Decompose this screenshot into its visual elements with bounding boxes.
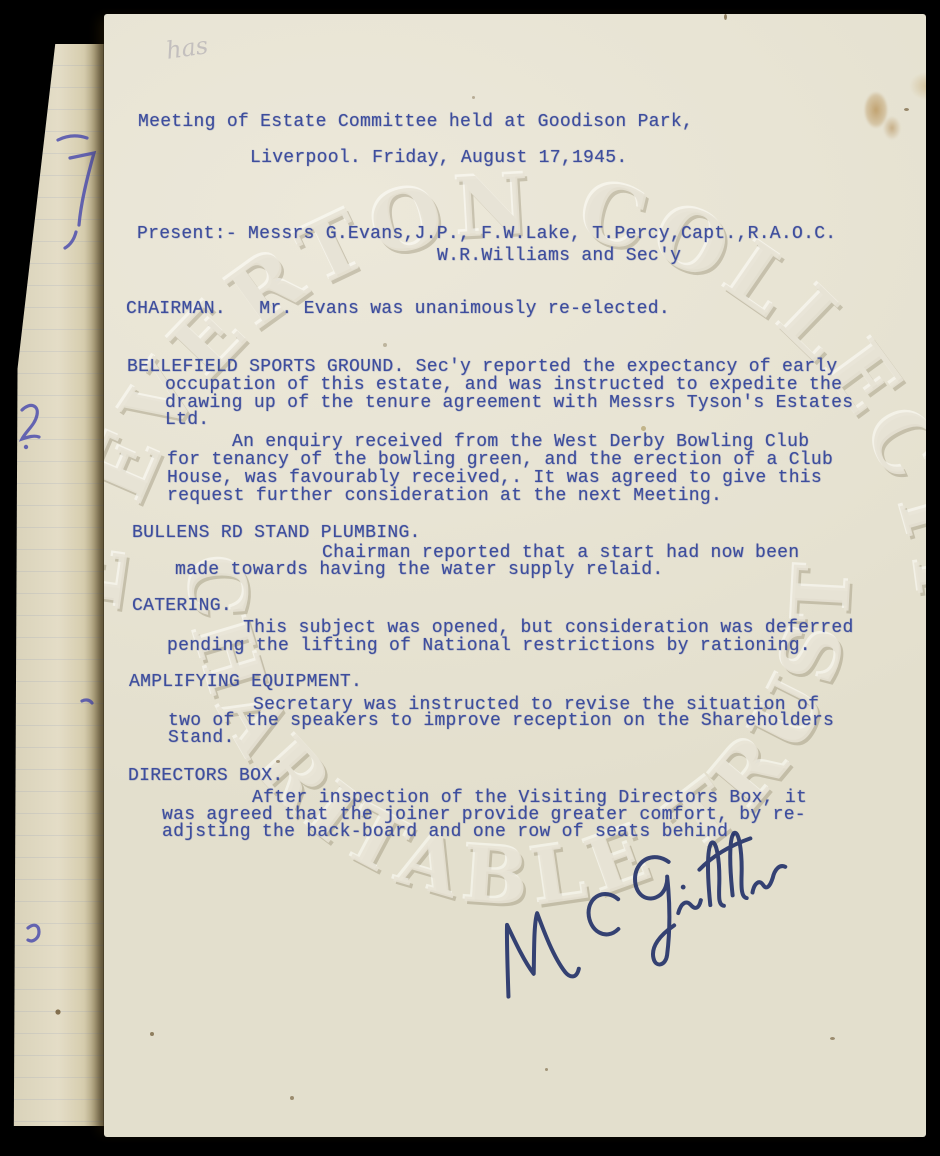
minutes-line: This subject was opened, but considerati… [243, 619, 854, 637]
ink-mark [82, 700, 92, 703]
scanned-minutes-photo: THE EVERTON COLLECTION THE EVERTON COLLE… [0, 0, 940, 1156]
section-heading: AMPLIFYING EQUIPMENT. [129, 673, 362, 691]
dirt-speck [290, 1096, 294, 1100]
dirt-speck [383, 343, 387, 347]
ink-mark [22, 405, 39, 439]
paper-stain [766, 44, 926, 164]
underlying-page-edge [12, 44, 104, 1126]
pencil-margin-note: has [164, 31, 210, 65]
ink-mark [58, 136, 87, 140]
dirt-speck [904, 108, 909, 111]
section-heading: DIRECTORS BOX. [128, 767, 283, 785]
minutes-line: An enquiry received from the West Derby … [232, 433, 809, 451]
minutes-line: for tenancy of the bowling green, and th… [167, 451, 833, 469]
dirt-speck [545, 1068, 548, 1071]
dirt-speck [150, 1032, 154, 1036]
dirt-speck [276, 760, 280, 763]
minutes-page: THE EVERTON COLLECTION THE EVERTON COLLE… [104, 14, 926, 1137]
ink-mark [65, 232, 76, 248]
section-heading: BULLENS RD STAND PLUMBING. [132, 524, 421, 542]
dirt-speck [724, 14, 727, 20]
title-line: Meeting of Estate Committee held at Good… [138, 113, 693, 131]
ink-mark [70, 153, 94, 225]
section-heading: CHAIRMAN. Mr. Evans was unanimously re-e… [126, 300, 670, 318]
minutes-line: drawing up of the tenure agreement with … [165, 394, 853, 412]
ink-dot [24, 445, 28, 449]
dirt-speck [55, 1009, 60, 1014]
minutes-line: pending the lifting of National restrict… [167, 637, 811, 655]
present-line: Present:- Messrs G.Evans,J.P., F.W.Lake,… [137, 225, 836, 243]
present-line: W.R.Williams and Sec'y [437, 247, 681, 265]
dirt-speck [641, 426, 646, 431]
ink-mark [28, 925, 39, 941]
dirt-speck [830, 1037, 835, 1040]
dirt-speck [472, 96, 475, 99]
minutes-line: Stand. [168, 729, 235, 747]
minutes-line: made towards having the water supply rel… [175, 561, 663, 579]
minutes-line: House, was favourably received,. It was … [167, 469, 822, 487]
minutes-line: two of the speakers to improve reception… [168, 712, 834, 730]
title-line: Liverpool. Friday, August 17,1945. [250, 149, 627, 167]
section-heading: CATERING. [132, 597, 232, 615]
minutes-line: request further consideration at the nex… [167, 487, 722, 505]
ink-bleed-marks [12, 44, 104, 1126]
signature-strokes [483, 823, 801, 1002]
minutes-line: Ltd. [165, 411, 209, 429]
minutes-line: occupation of this estate, and was instr… [165, 376, 842, 394]
section-heading: BELLEFIELD SPORTS GROUND. Sec'y reported… [127, 358, 838, 376]
